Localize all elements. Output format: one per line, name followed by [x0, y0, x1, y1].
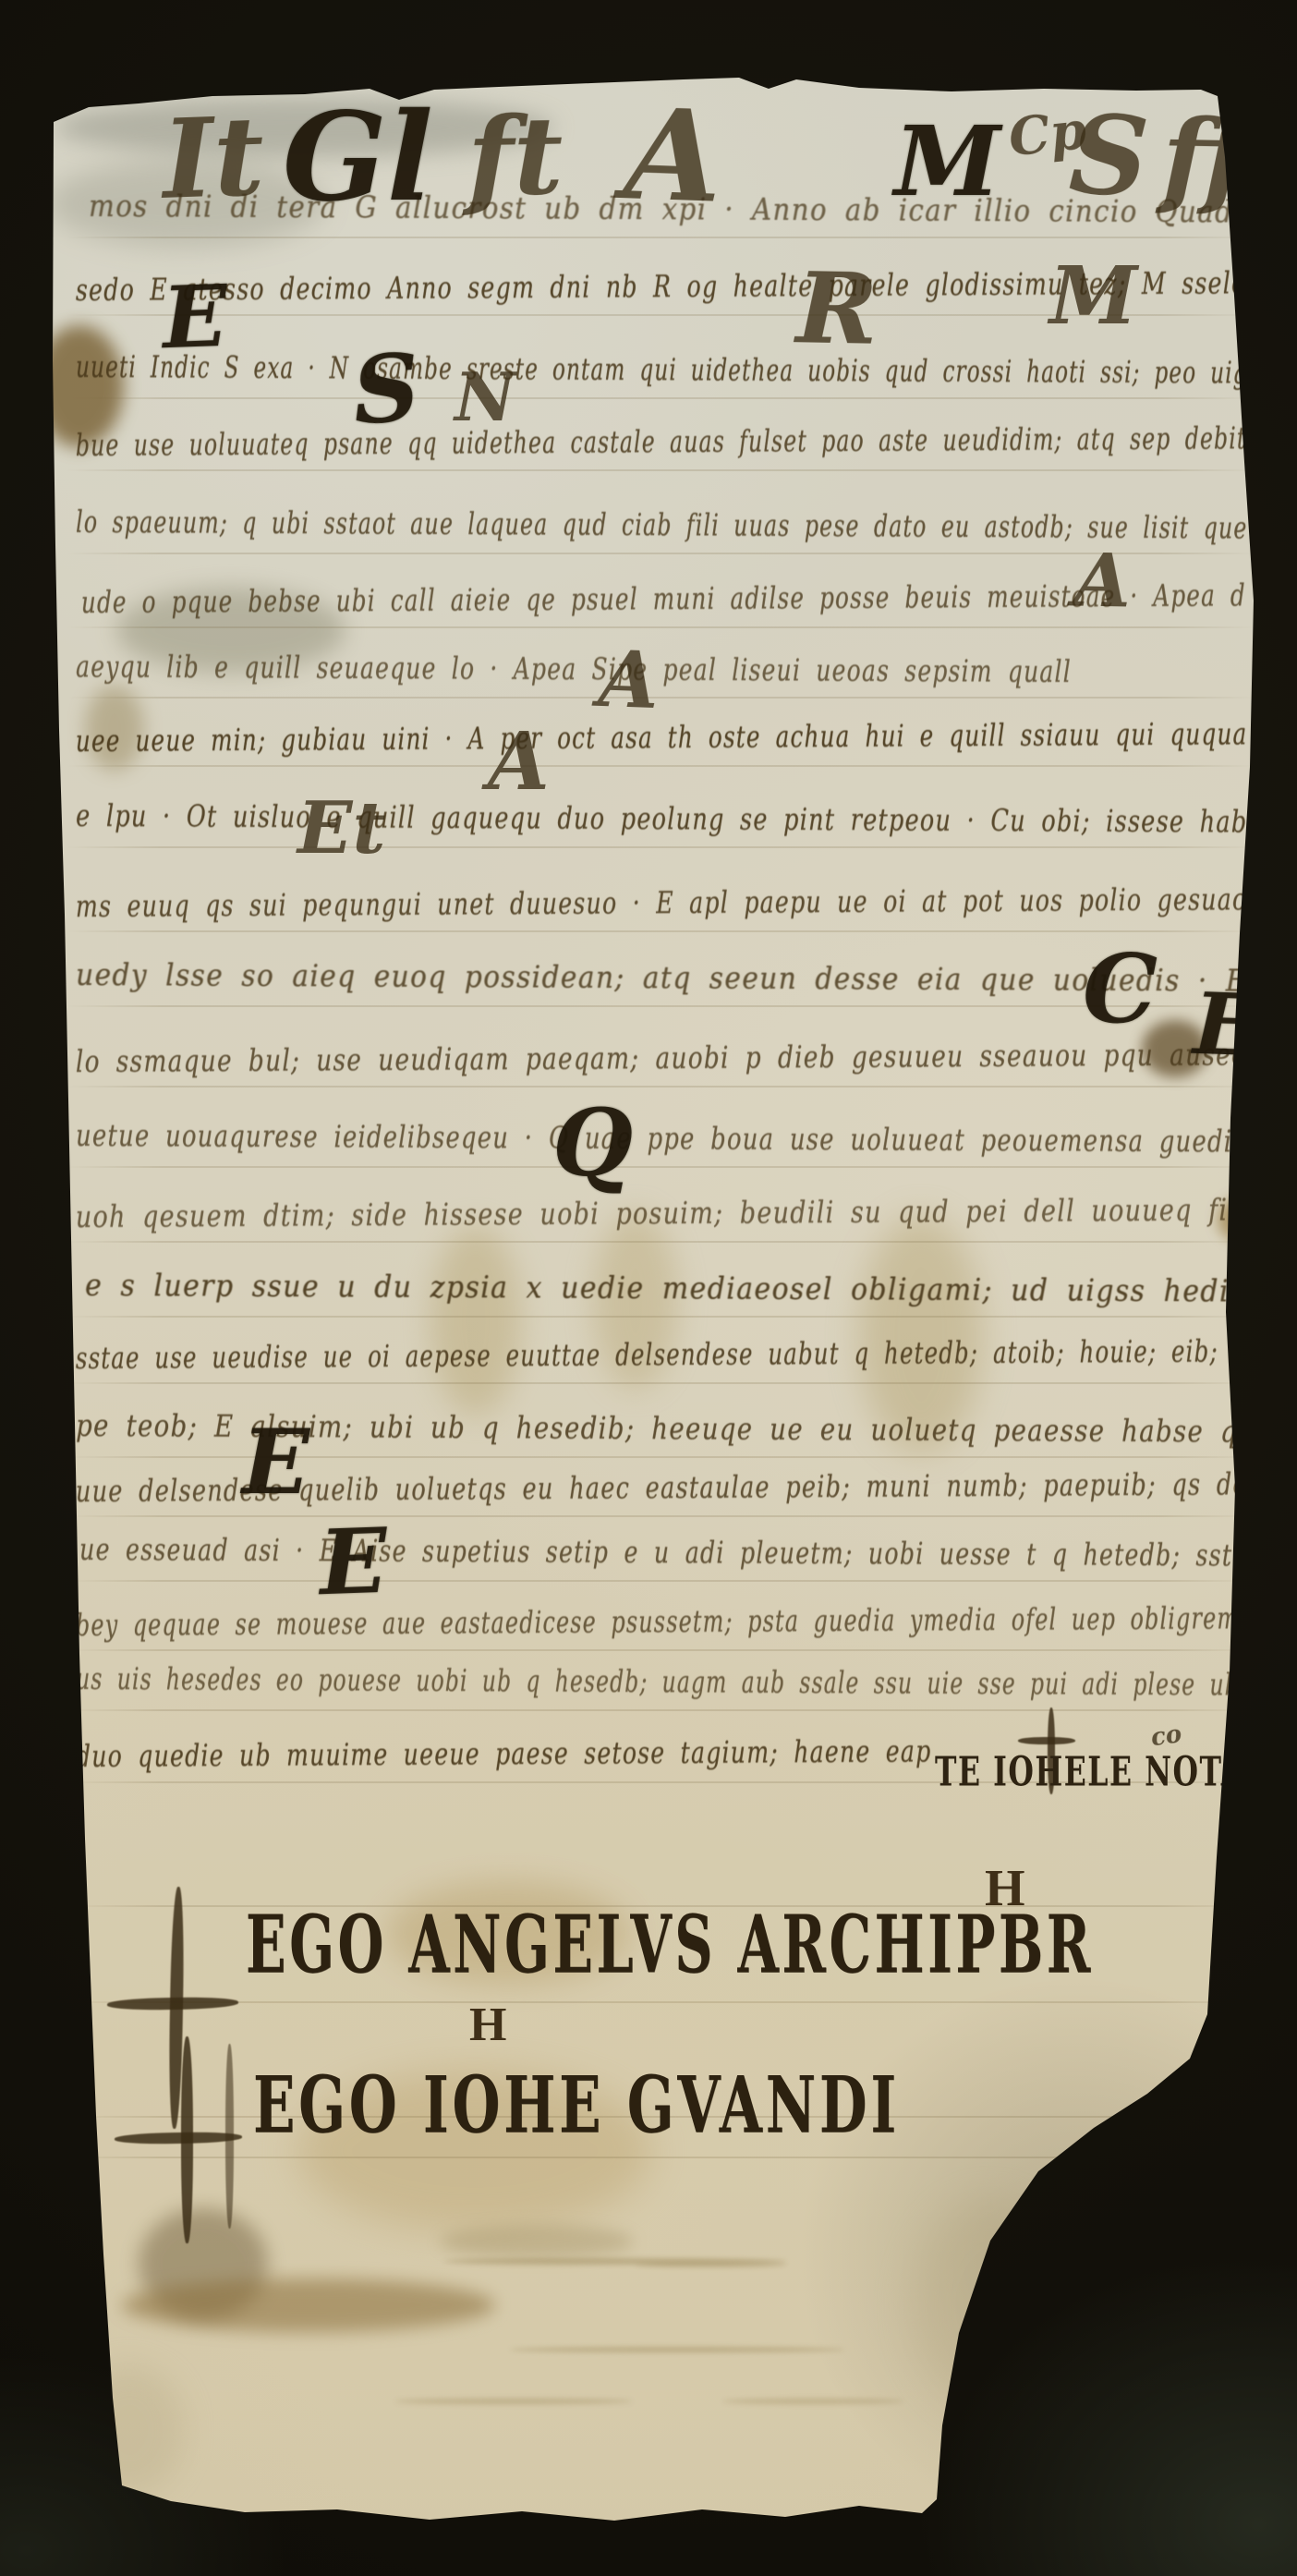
script-line: uoh qesuem dtim; side hissese uobi posui…: [76, 1200, 1247, 1267]
script-line-text: lo spaeuum; q ubi sstaot aue laquea qud …: [76, 504, 1248, 545]
stain-mark: [636, 2262, 787, 2267]
script-line: sedo E atesso decimo Anno segm dni nb R …: [76, 273, 1247, 340]
script-line-text: duo quedie ub muuime ueeue paese setose …: [76, 1733, 932, 1774]
notary-completion-mark: TE IOHELE NOTA: [935, 1752, 1245, 1792]
script-line-text: mos dni di tera G allucrost ub dm xpi · …: [89, 188, 1248, 229]
signature-angelus: EGO ANGELVS ARCHIPBR: [246, 1905, 1094, 1985]
script-line: uue delsendese quelib uoluetqs eu haec e…: [76, 1475, 1247, 1541]
script-line-text: lo ssmaque bul; use ueudiqam paeqam; auo…: [76, 1037, 1248, 1079]
script-line-text: us uis hesedes eo pouese uobi ub q hesed…: [76, 1660, 1248, 1702]
stain-mark: [911, 2199, 1068, 2412]
script-line: ue esseuad asi · E Aise supetius setip e…: [79, 1540, 1247, 1606]
cross-vertical-bar: [225, 2044, 234, 2229]
script-line-text: uueti Indic S exa · N osambe sreste onta…: [76, 348, 1248, 390]
script-line: uueti Indic S exa · N osambe sreste onta…: [76, 358, 1247, 423]
script-line: aeyqu lib e quill seuaeque lo · Apea Sip…: [76, 657, 1072, 722]
cross-vertical-bar: [181, 2036, 193, 2243]
photo-background: mos dni di tera G allucrost ub dm xpi · …: [0, 0, 1297, 2576]
script-line: lo spaeuum; q ubi sstaot aue laquea qud …: [76, 513, 1247, 578]
stain-mark: [510, 2347, 844, 2352]
initial-glyph: Cp: [1007, 107, 1089, 162]
script-line: sstae use ueudise ue oi aepese euuttae d…: [76, 1342, 1247, 1408]
script-line: mos dni di tera G allucrost ub dm xpi · …: [89, 197, 1247, 262]
stain-mark: [443, 2258, 787, 2265]
script-line-text: ue esseuad asi · E Aise supetius setip e…: [79, 1531, 1248, 1573]
stain-mark: [74, 2365, 185, 2495]
script-line-text: uetue uouaqurese ieidelibseqeu · Q uae p…: [76, 1117, 1248, 1159]
cross-horizontal-bar: [1018, 1737, 1075, 1744]
stain-mark: [440, 2225, 634, 2258]
signature-cross-mark: [109, 2036, 266, 2249]
script-line: e s luerp ssue u du zpsia x uedie mediae…: [85, 1276, 1247, 1342]
script-line-text: sstae use ueudise ue oi aepese euuttae d…: [76, 1333, 1248, 1376]
script-line-text: uee ueue min; gubiau uini · A per oct as…: [76, 716, 1248, 759]
script-line-text: uue delsendese quelib uoluetqs eu haec e…: [76, 1466, 1248, 1509]
ruling-line: [67, 2001, 1255, 2003]
signature-iohe-gvandi: EGO IOHE GVANDI: [253, 2066, 900, 2144]
stain-mark: [122, 2278, 495, 2332]
stain-mark: [722, 2399, 903, 2404]
signum-h-mark: H: [469, 2001, 506, 2049]
stain-mark: [55, 98, 554, 157]
script-line: lo ssmaque bul; use ueudiqam paeqam; auo…: [76, 1045, 1247, 1112]
cross-horizontal-bar: [107, 1997, 238, 2011]
initial-glyph: S: [1067, 105, 1151, 208]
script-line-text: ms euuq qs sui pequngui unet duuesuo · E…: [76, 881, 1248, 924]
script-line-text: aeyqu lib e quill seuaeque lo · Apea Sip…: [76, 649, 1072, 689]
script-line-text: uedy lsse so aieq euoq possidean; atq se…: [76, 956, 1247, 998]
script-line-text: e s luerp ssue u du zpsia x uedie mediae…: [85, 1267, 1247, 1308]
initial-glyph: ff: [1161, 112, 1248, 206]
script-line-text: sedo E atesso decimo Anno segm dni nb R …: [76, 265, 1247, 308]
script-line: uetue uouaqurese ieidelibseqeu · Q uae p…: [76, 1126, 1247, 1192]
script-line: ude o pque bebse ubi call aieie qe psuel…: [81, 586, 1247, 652]
script-line-text: bey qequae se mouese aue eastaedicese ps…: [76, 1600, 1248, 1643]
script-line: ms euuq qs sui pequngui unet duuesuo · E…: [76, 890, 1247, 956]
script-line: duo quedie ub muuime ueeue paese setose …: [76, 1742, 931, 1806]
script-line-text: uoh qesuem dtim; side hissese uobi posui…: [76, 1192, 1246, 1234]
script-line: us uis hesedes eo pouese uobi ub q hesed…: [76, 1670, 1247, 1735]
cross-horizontal-bar: [115, 2132, 242, 2145]
stain-mark: [395, 2399, 632, 2404]
signature-cross-mark: [102, 1887, 249, 2136]
script-line-text: bue use uoluuateq psane qq uidethea cast…: [76, 420, 1247, 463]
cross-vertical-bar: [168, 1887, 186, 2129]
script-line-text: ude o pque bebse ubi call aieie qe psuel…: [81, 577, 1246, 620]
script-line: uedy lsse so aieq euoq possidean; atq se…: [76, 966, 1247, 1031]
stain-mark: [139, 2208, 268, 2319]
script-line-text: pe teob; E alsuim; ubi ub q hesedib; hee…: [76, 1407, 1247, 1449]
script-line: e lpu · Ot uisluo e quill gaquequ duo pe…: [76, 807, 1247, 872]
script-line-text: e lpu · Ot uisluo e quill gaquequ duo pe…: [76, 797, 1247, 839]
script-line: uee ueue min; gubiau uini · A per oct as…: [76, 724, 1247, 791]
ruling-line: [67, 2157, 1255, 2158]
parchment-charter: mos dni di tera G allucrost ub dm xpi · …: [0, 0, 1297, 2576]
script-line: bue use uoluuateq psane qq uidethea cast…: [76, 429, 1247, 495]
